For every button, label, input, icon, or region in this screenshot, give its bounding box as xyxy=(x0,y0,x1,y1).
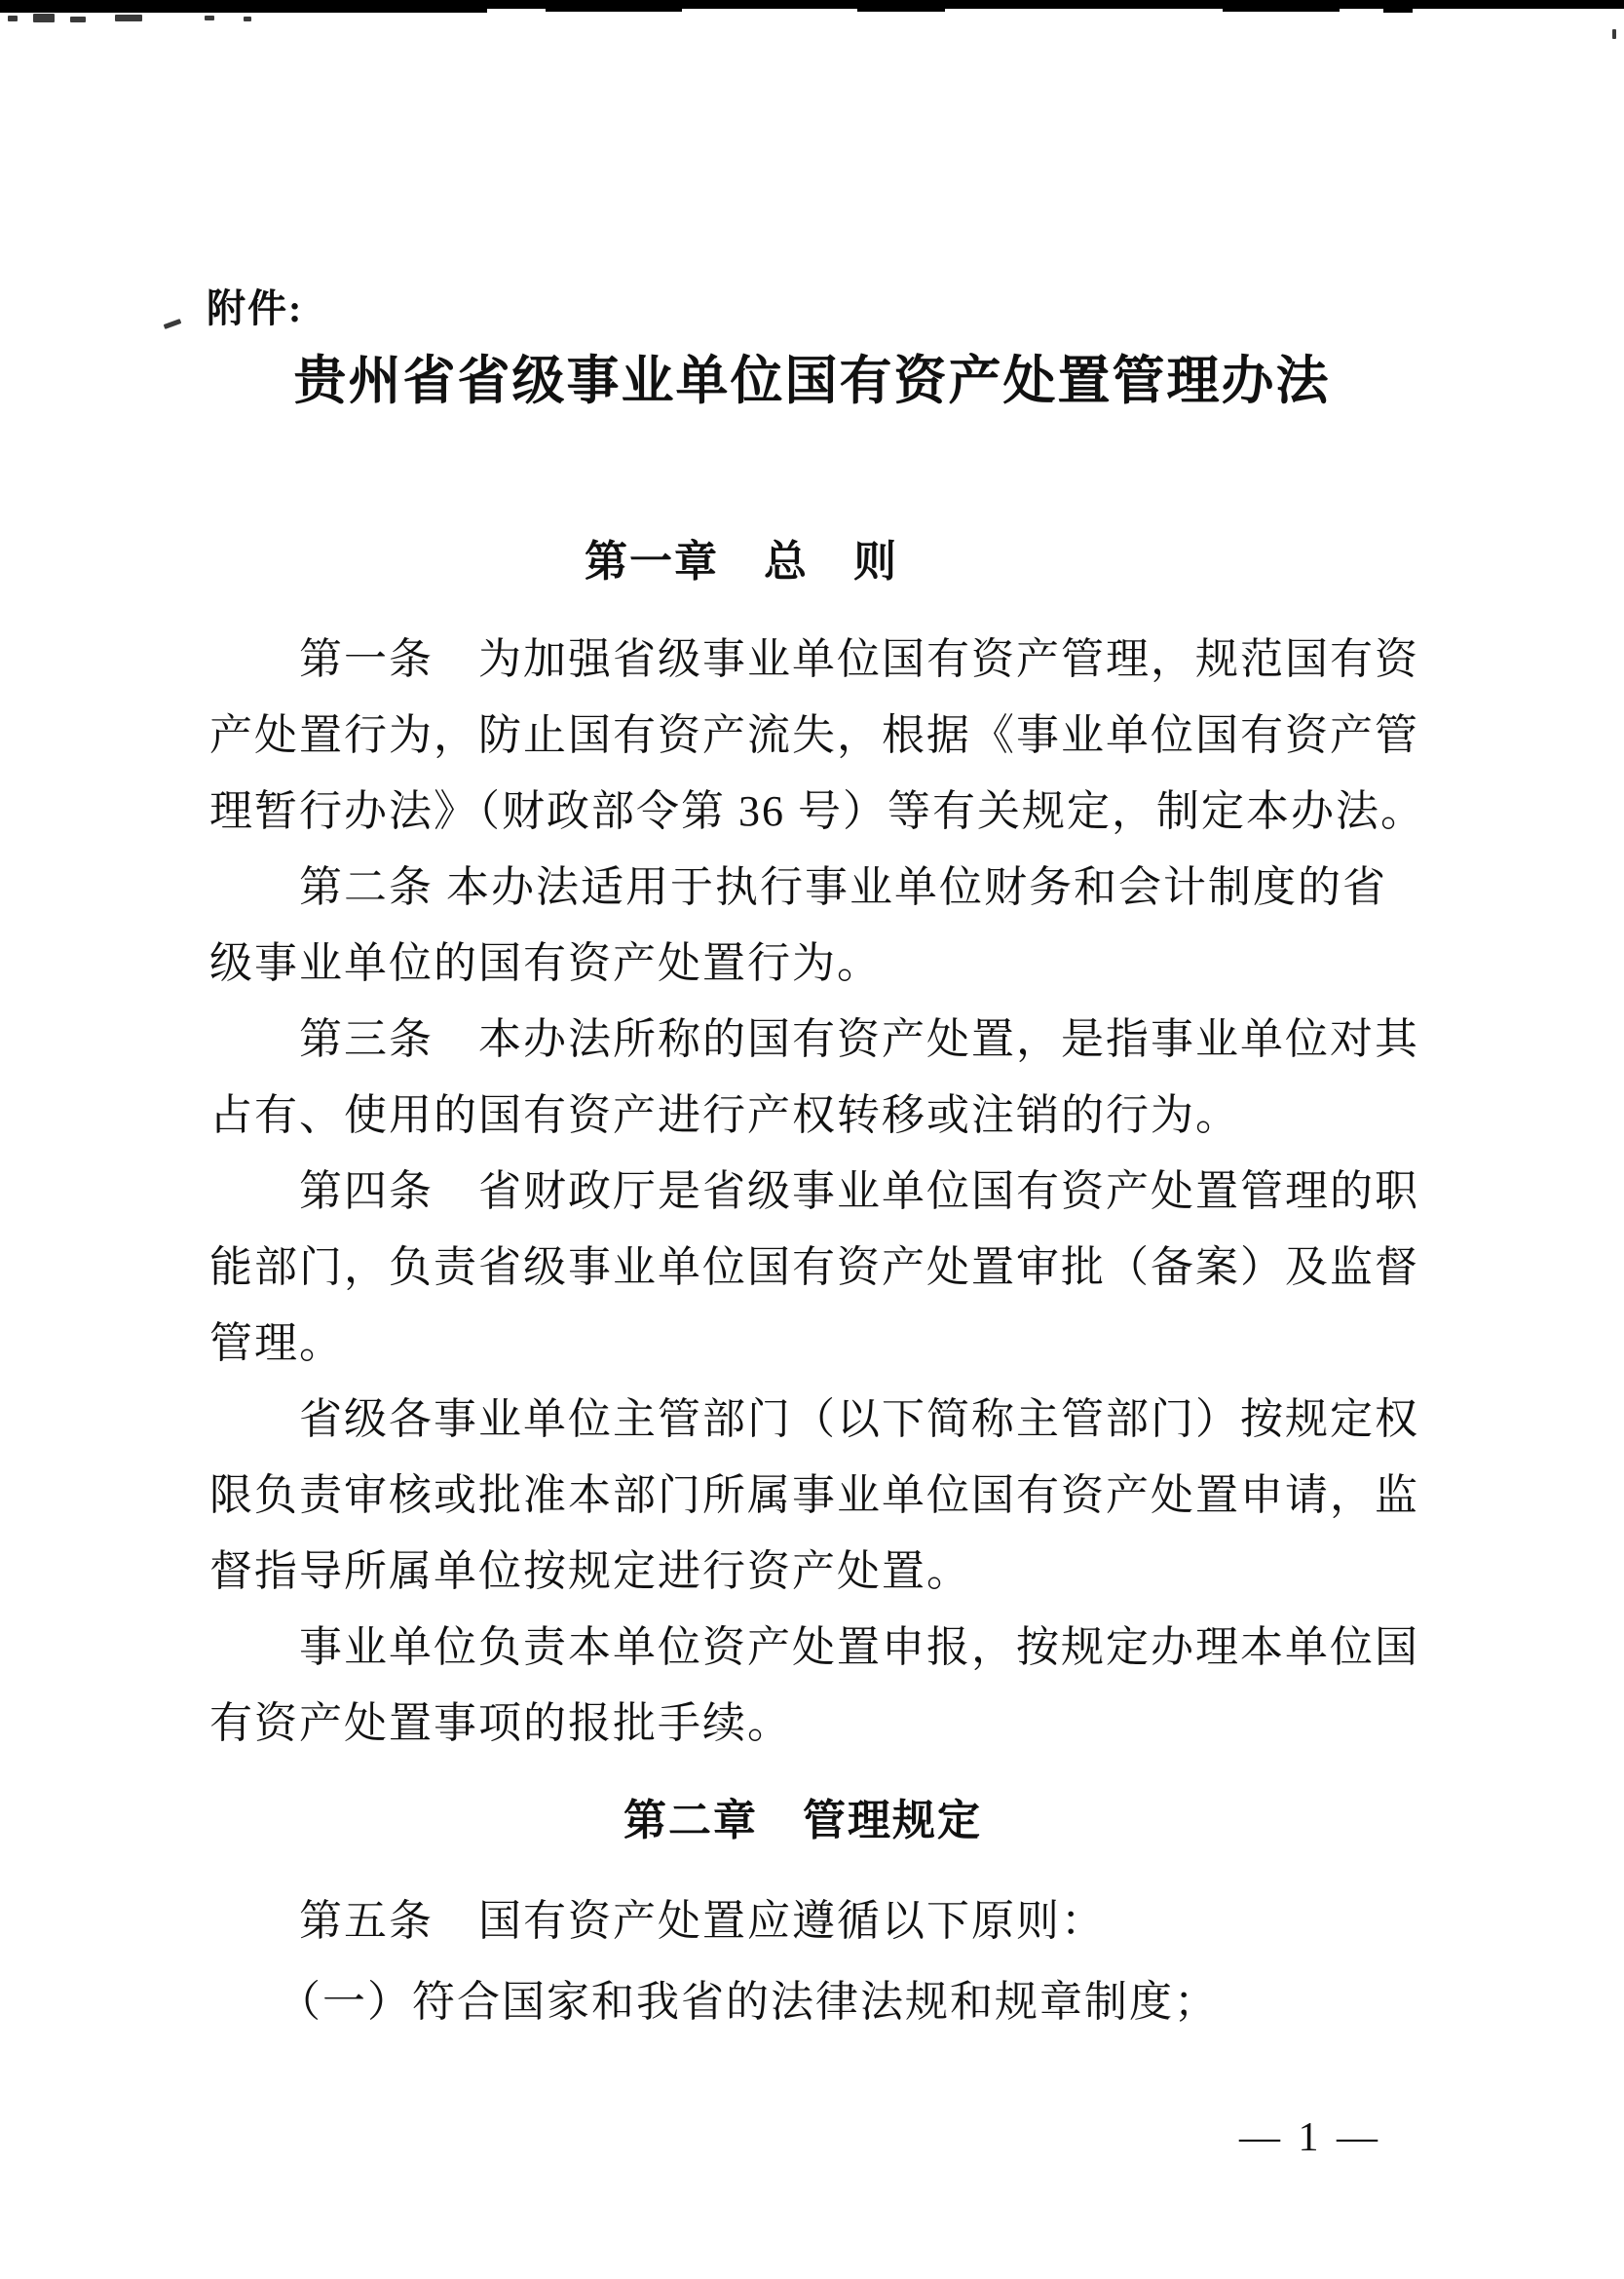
paragraph-article-2: 第二条 本办法适用于执行事业单位财务和会计制度的省 级事业单位的国有资产处置行为… xyxy=(209,850,1427,1002)
attachment-label: 附件: xyxy=(207,278,303,333)
scan-artifact xyxy=(857,9,945,12)
scan-artifact xyxy=(1383,9,1413,13)
paragraph-article-4-sub-2: 事业单位负责本单位资产处置申报，按规定办理本单位国 有资产处置事项的报批手续。 xyxy=(209,1610,1427,1762)
scan-artifact xyxy=(1223,9,1340,12)
paragraph-article-4: 第四条 省财政厅是省级事业单位国有资产处置管理的职 能部门，负责省级事业单位国有… xyxy=(209,1154,1427,1382)
scan-artifact xyxy=(0,9,487,13)
scan-artifact xyxy=(546,9,682,12)
scan-speck xyxy=(33,14,55,22)
paragraph-article-1: 第一条 为加强省级事业单位国有资产管理，规范国有资 产处置行为，防止国有资产流失… xyxy=(209,622,1427,850)
page-number: — 1 — xyxy=(1239,2114,1381,2161)
scan-speck xyxy=(244,17,251,21)
chapter-1-body: 第一条 为加强省级事业单位国有资产管理，规范国有资 产处置行为，防止国有资产流失… xyxy=(209,622,1427,1762)
paragraph-article-5: 第五条 国有资产处置应遵循以下原则： xyxy=(209,1883,1427,1959)
scan-speck xyxy=(70,17,86,22)
paragraph-article-4-sub-1: 省级各事业单位主管部门（以下简称主管部门）按规定权 限负责审核或批准本部门所属事… xyxy=(209,1382,1427,1610)
chapter-1-heading: 第一章 总 则 xyxy=(585,526,898,589)
scan-speck xyxy=(8,16,18,21)
scan-speck xyxy=(164,319,182,329)
paragraph-article-3: 第三条 本办法所称的国有资产处置，是指事业单位对其 占有、使用的国有资产进行产权… xyxy=(209,1002,1427,1154)
document-title: 贵州省省级事业单位国有资产处置管理办法 xyxy=(0,339,1624,414)
scan-artifact-top-band xyxy=(0,0,1624,9)
scan-speck xyxy=(115,15,142,21)
document-page: 附件: 贵州省省级事业单位国有资产处置管理办法 第一章 总 则 第一条 为加强省… xyxy=(0,0,1624,2279)
chapter-2-heading: 第二章 管理规定 xyxy=(623,1785,982,1847)
paragraph-article-5-item-1: （一）符合国家和我省的法律法规和规章制度； xyxy=(209,1964,1427,2040)
scan-speck xyxy=(205,16,214,20)
scan-speck xyxy=(1612,29,1616,39)
